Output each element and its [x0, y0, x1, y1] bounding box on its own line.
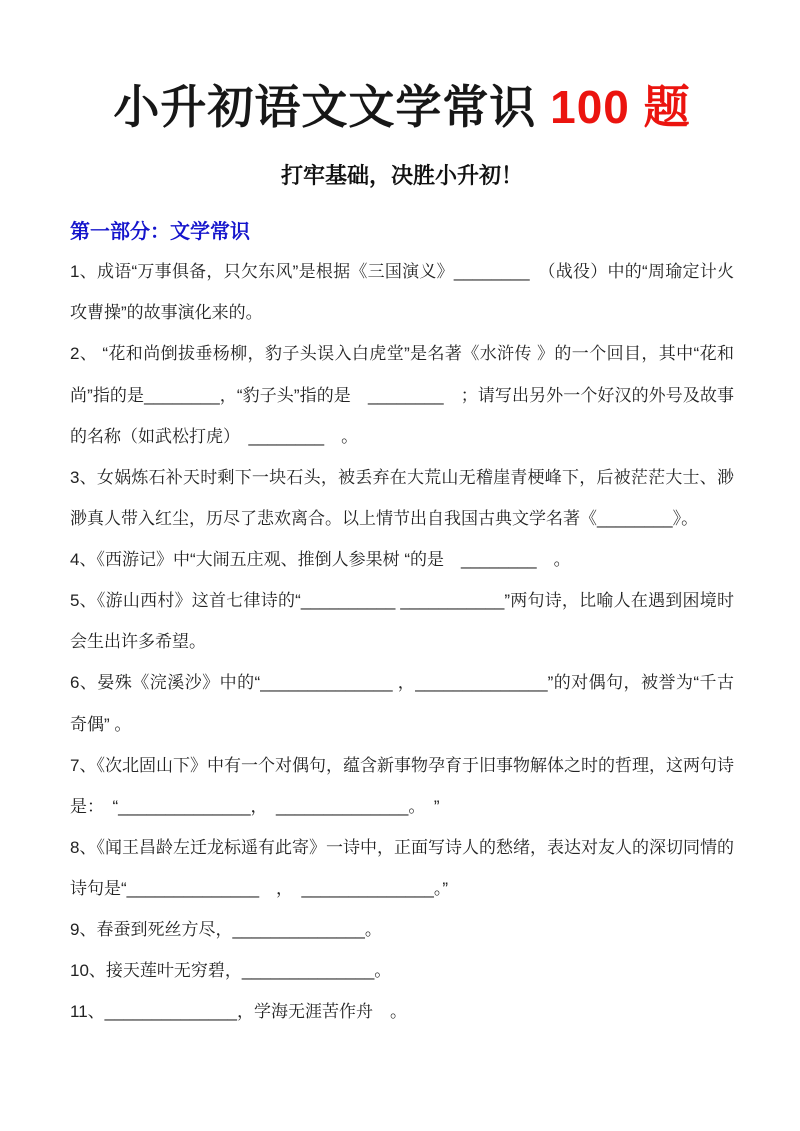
- page-title-main: 小升初语文文学常识: [113, 81, 536, 133]
- subtitle: 打牢基础，决胜小升初！: [70, 159, 734, 190]
- worksheet-page: 小升初语文文学常识 100 题 打牢基础，决胜小升初！ 第一部分：文学常识 1、…: [0, 0, 800, 1131]
- question-item-7: 7、《次北固山下》中有一个对偶句，蕴含新事物孕育于旧事物解体之时的哲理，这两句诗…: [70, 745, 734, 827]
- question-item-3: 3、女娲炼石补天时剩下一块石头，被丢弃在大荒山无稽崖青梗峰下，后被茫茫大士、渺渺…: [70, 457, 734, 539]
- question-item-8: 8、《闻王昌龄左迁龙标遥有此寄》一诗中，正面写诗人的愁绪，表达对友人的深切同情的…: [70, 827, 734, 909]
- question-item-6: 6、晏殊《浣溪沙》中的“______________ ，____________…: [70, 662, 734, 744]
- question-item-11: 11、______________，学海无涯苦作舟 。: [70, 991, 734, 1032]
- section-heading: 第一部分：文学常识: [70, 215, 734, 244]
- question-list: 1、成语“万事俱备，只欠东风”是根据《三国演义》________ （战役）中的“…: [70, 251, 734, 1032]
- question-item-9: 9、春蚕到死丝方尽，______________。: [70, 909, 734, 950]
- question-item-4: 4、《西游记》中“大闹五庄观、推倒人参果树 “的是 ________ 。: [70, 539, 734, 580]
- question-item-10: 10、接天莲叶无穷碧，______________。: [70, 950, 734, 991]
- question-item-5: 5、《游山西村》这首七律诗的“__________ ___________”两句…: [70, 580, 734, 662]
- question-item-2: 2、 “花和尚倒拔垂杨柳，豹子头误入白虎堂”是名著《水浒传 》的一个回目，其中“…: [70, 333, 734, 456]
- page-title: 小升初语文文学常识 100 题: [70, 80, 734, 135]
- page-title-highlight: 100 题: [536, 81, 690, 133]
- question-item-1: 1、成语“万事俱备，只欠东风”是根据《三国演义》________ （战役）中的“…: [70, 251, 734, 333]
